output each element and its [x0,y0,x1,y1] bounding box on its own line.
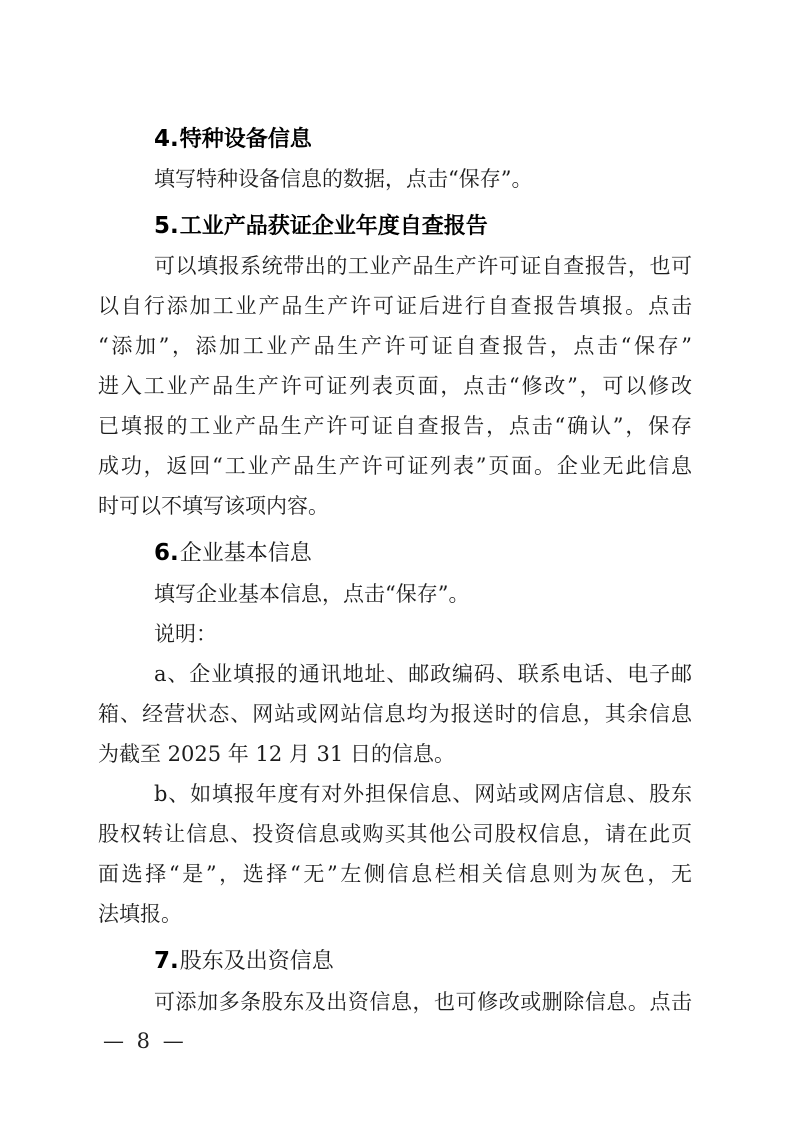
paragraph-line: a、企业填报的通讯地址、邮政编码、联系电话、电子邮 [98,654,692,694]
paragraph-line: 箱、经营状态、网站或网站信息均为报送时的信息，其余信息 [98,694,692,734]
paragraph-line: 股权转让信息、投资信息或购买其他公司股权信息，请在此页 [98,814,692,854]
paragraph-line: 以自行添加工业产品生产许可证后进行自查报告填报。点击 [98,286,692,326]
paragraph-line: 说明： [98,614,692,654]
section-number: 7. [154,948,179,974]
paragraph-line: 可添加多条股东及出资信息，也可修改或删除信息。点击 [98,982,692,1022]
section-number: 4. [154,126,179,152]
section-number: 6. [154,540,179,566]
paragraph-line: 为截至 2025 年 12 月 31 日的信息。 [98,734,692,774]
section-heading: 7.股东及出资信息 [98,941,692,982]
paragraph-line: 时可以不填写该项内容。 [98,486,692,526]
page-number: — 8 — [103,1026,187,1056]
paragraph-line: 面选择“是”，选择“无”左侧信息栏相关信息则为灰色，无 [98,854,692,894]
paragraph-line: 已填报的工业产品生产许可证自查报告，点击“确认”，保存 [98,406,692,446]
paragraph-line: “添加”，添加工业产品生产许可证自查报告，点击“保存” [98,326,692,366]
section-heading: 5.工业产品获证企业年度自查报告 [98,206,692,246]
paragraph-line: 成功，返回“工业产品生产许可证列表”页面。企业无此信息 [98,446,692,486]
document-body: 4.特种设备信息填写特种设备信息的数据，点击“保存”。5.工业产品获证企业年度自… [98,112,692,1022]
document-page: 4.特种设备信息填写特种设备信息的数据，点击“保存”。5.工业产品获证企业年度自… [0,0,793,1122]
section-title: 企业基本信息 [180,541,312,566]
paragraph-line: b、如填报年度有对外担保信息、网站或网店信息、股东 [98,774,692,814]
section-heading: 6.企业基本信息 [98,533,692,574]
section-number: 5. [154,213,179,239]
paragraph-line: 填写企业基本信息，点击“保存”。 [98,574,692,614]
section-heading: 4.特种设备信息 [98,119,692,159]
paragraph-line: 法填报。 [98,894,692,934]
section-title: 特种设备信息 [180,126,312,152]
paragraph-line: 进入工业产品生产许可证列表页面，点击“修改”，可以修改 [98,366,692,406]
paragraph-line: 填写特种设备信息的数据，点击“保存”。 [98,159,692,199]
paragraph-line: 可以填报系统带出的工业产品生产许可证自查报告，也可 [98,246,692,286]
section-title: 股东及出资信息 [180,949,334,974]
section-title: 工业产品获证企业年度自查报告 [180,213,488,239]
